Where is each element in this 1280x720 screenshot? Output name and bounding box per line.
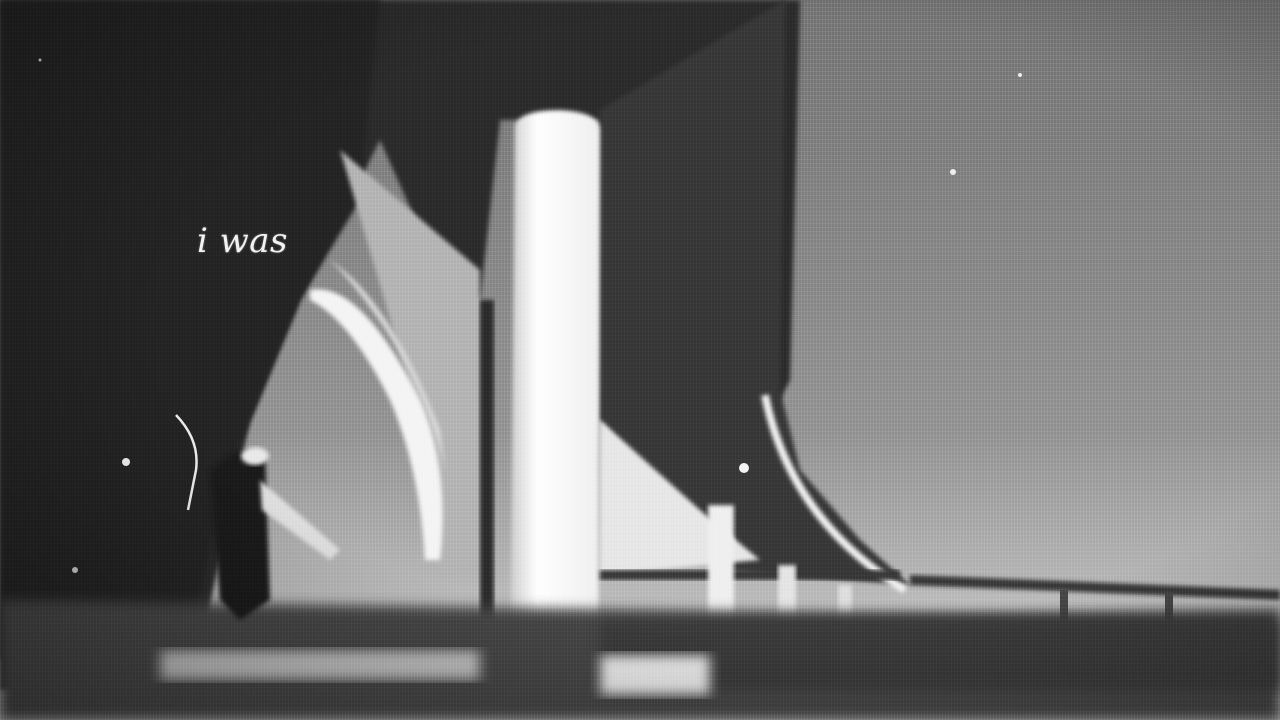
film-frame: i was: [0, 0, 1280, 720]
caption-text: i was: [197, 221, 288, 261]
bridge-scene: [0, 0, 1280, 720]
